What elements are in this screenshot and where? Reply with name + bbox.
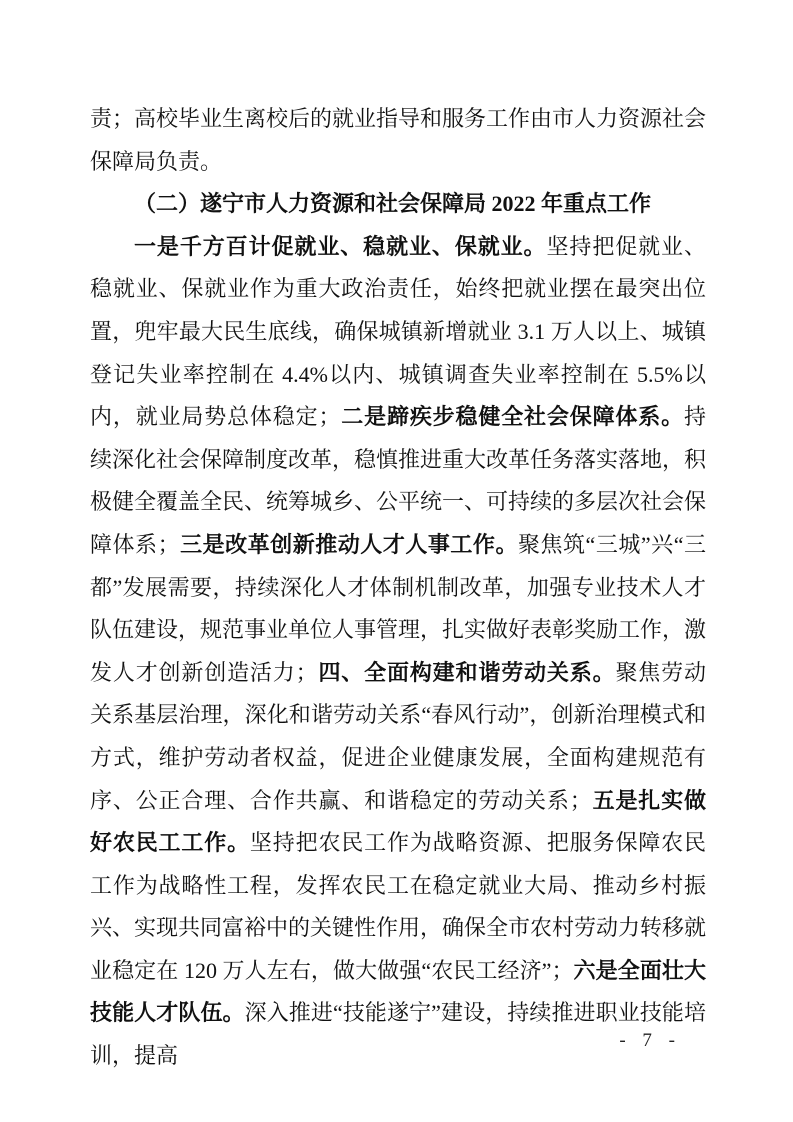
document-content: 责；高校毕业生离校后的就业指导和服务工作由市人力资源社会保障局负责。 （二）遂宁…: [90, 98, 706, 1078]
page-number: - 7 -: [619, 1030, 681, 1052]
section-heading: （二）遂宁市人力资源和社会保障局 2022 年重点工作: [90, 183, 706, 226]
text-run-bold-item4: 四、全面构建和谐劳动关系。: [318, 660, 616, 685]
text-run-bold-item1: 一是千方百计促就业、稳就业、保就业。: [134, 234, 546, 259]
text-run: 坚持把促就业、稳就业、保就业作为重大政治责任，始终把就业摆在最突出位置，兜牢最大…: [90, 234, 706, 429]
paragraph-continuation: 责；高校毕业生离校后的就业指导和服务工作由市人力资源社会保障局负责。: [90, 98, 706, 183]
paragraph-body: 一是千方百计促就业、稳就业、保就业。坚持把促就业、稳就业、保就业作为重大政治责任…: [90, 226, 706, 1078]
text-run-bold-item3: 三是改革创新推动人才人事工作。: [180, 532, 518, 557]
document-page: 责；高校毕业生离校后的就业指导和服务工作由市人力资源社会保障局负责。 （二）遂宁…: [0, 0, 793, 1122]
text-run-bold-item2: 二是蹄疾步稳健全社会保障体系。: [340, 404, 684, 429]
